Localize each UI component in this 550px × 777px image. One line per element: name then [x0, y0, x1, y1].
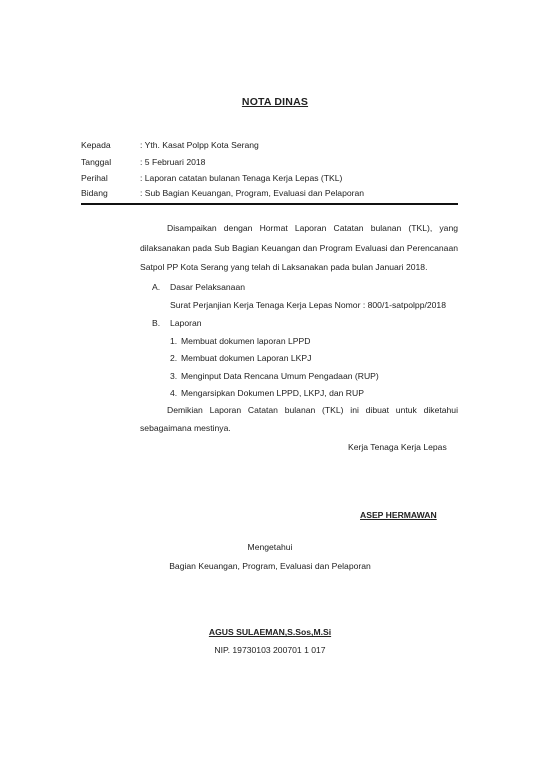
signer-role: Kerja Tenaga Kerja Lepas [348, 442, 447, 452]
meta-value-bidang: : Sub Bagian Keuangan, Program, Evaluasi… [140, 188, 364, 198]
list-item-2-num: 2. [170, 353, 177, 363]
header-divider [81, 203, 458, 205]
list-item-3-num: 3. [170, 371, 177, 381]
meta-value-perihal: : Laporan catatan bulanan Tenaga Kerja L… [140, 173, 342, 183]
acknowledge-label: Mengetahui [170, 542, 370, 552]
list-item-1: Membuat dokumen laporan LPPD [181, 336, 310, 346]
meta-value-tanggal: : 5 Februari 2018 [140, 157, 205, 167]
meta-label-tanggal: Tanggal [81, 157, 111, 167]
meta-label-bidang: Bidang [81, 188, 108, 198]
signer-name: ASEP HERMAWAN [360, 510, 437, 520]
meta-label-perihal: Perihal [81, 173, 108, 183]
section-b-marker: B. [152, 318, 160, 328]
list-item-4: Mengarsipkan Dokumen LPPD, LKPJ, dan RUP [181, 388, 364, 398]
intro-paragraph: Disampaikan dengan Hormat Laporan Catata… [140, 219, 458, 278]
section-a-heading: Dasar Pelaksanaan [170, 282, 245, 292]
list-item-1-num: 1. [170, 336, 177, 346]
meta-label-kepada: Kepada [81, 140, 111, 150]
approver-name: AGUS SULAEMAN,S.Sos,M.Si [170, 627, 370, 637]
section-a-text: Surat Perjanjian Kerja Tenaga Kerja Lepa… [170, 300, 446, 310]
list-item-3: Menginput Data Rencana Umum Pengadaan (R… [181, 371, 379, 381]
section-b-heading: Laporan [170, 318, 202, 328]
list-item-4-num: 4. [170, 388, 177, 398]
acknowledge-unit: Bagian Keuangan, Program, Evaluasi dan P… [120, 561, 420, 571]
document-title: NOTA DINAS [0, 96, 550, 108]
approver-nip: NIP. 19730103 200701 1 017 [170, 645, 370, 655]
list-item-2: Membuat dokumen Laporan LKPJ [181, 353, 311, 363]
meta-value-kepada: : Yth. Kasat Polpp Kota Serang [140, 140, 259, 150]
closing-paragraph: Demikian Laporan Catatan bulanan (TKL) i… [140, 401, 458, 437]
section-a-marker: A. [152, 282, 160, 292]
